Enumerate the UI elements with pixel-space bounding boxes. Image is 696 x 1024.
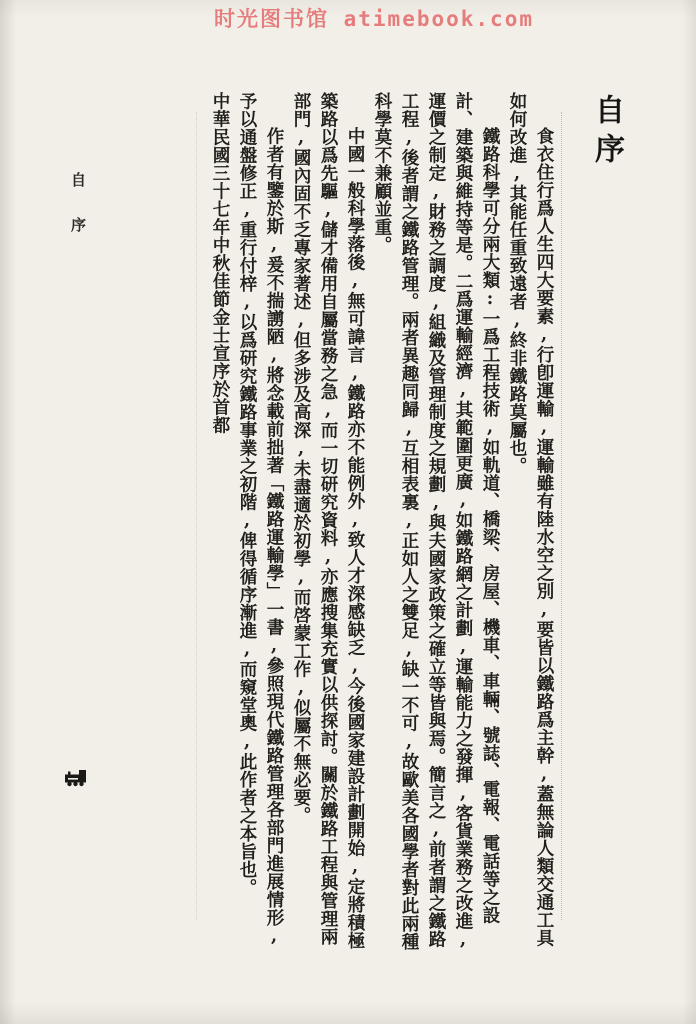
preface-paragraph: 中國一般科學落後,無可諱言,鐵路亦不能例外,致人才深感缺乏,今後國家建設計劃開始… — [287, 92, 368, 958]
scan-fold-line — [561, 112, 562, 920]
preface-body: 食衣住行爲人生四大要素,行卽運輸,運輸雖有陸水空之別,要皆以鐵路爲主幹,蓋無論人… — [206, 92, 557, 958]
train-icon — [64, 770, 88, 787]
margin-page-label: 自序 — [68, 172, 89, 262]
preface-paragraph: 食衣住行爲人生四大要素,行卽運輸,運輸雖有陸水空之別,要皆以鐵路爲主幹,蓋無論人… — [503, 92, 557, 958]
watermark-text: 时光图书馆 atimebook.com — [0, 3, 696, 33]
scan-fold-line — [196, 112, 197, 920]
signature-line: 中華民國三十七年中秋佳節金士宣序於首都 — [206, 92, 233, 958]
preface-title: 自序 — [584, 94, 628, 172]
preface-paragraph: 作者有鑒於斯,爰不揣謭陋,將念載前拙著「鐵路運輸學」一書,參照現代鐵路管理各部門… — [233, 92, 287, 958]
scanned-page: 时光图书馆 atimebook.com 自序 食衣住行爲人生四大要素,行卽運輸,… — [0, 0, 696, 1024]
preface-paragraph: 鐵路科學可分兩大類:一爲工程技術,如軌道、橋梁、房屋、機車、車輛、號誌、電報、電… — [368, 92, 503, 958]
